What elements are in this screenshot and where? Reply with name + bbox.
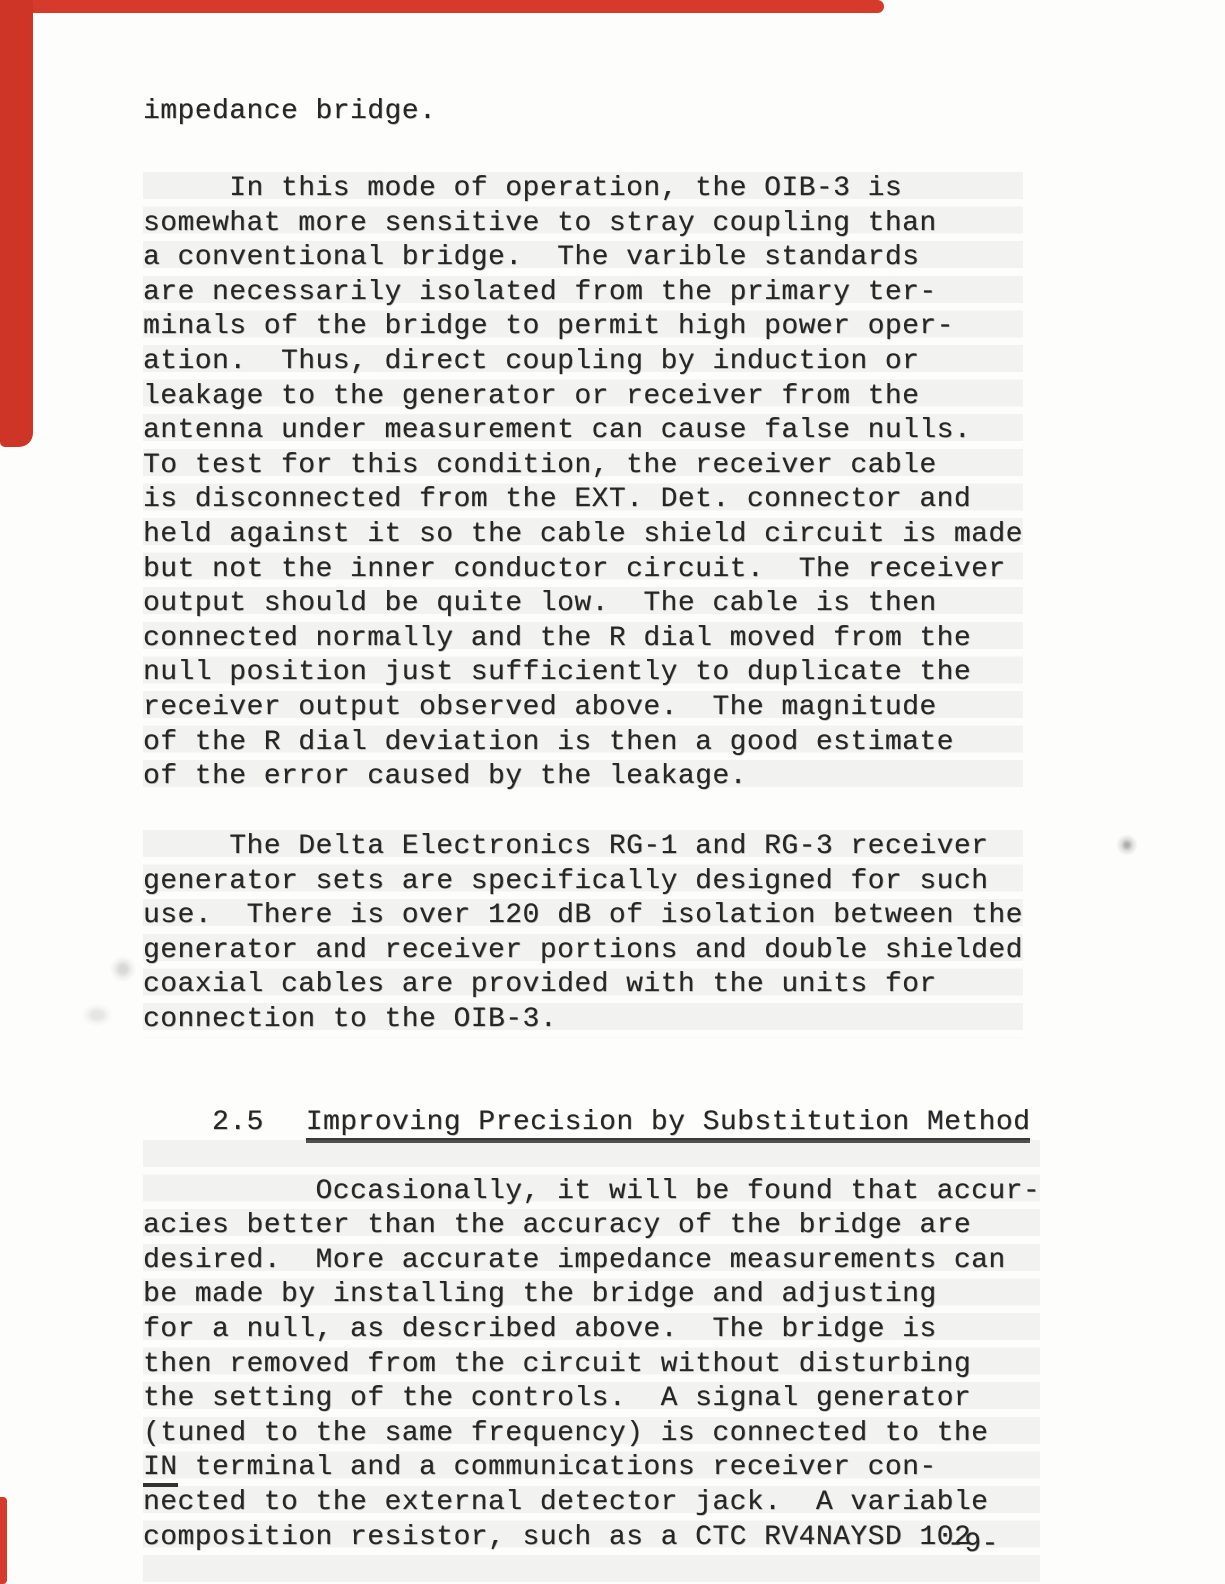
- section-title-underlined: Improving Precision by Substitution Meth…: [306, 1107, 1031, 1143]
- red-left-edge-artifact: [0, 0, 33, 447]
- paragraph-3-text-after: terminal and a communications receiver c…: [143, 1452, 988, 1552]
- page-number: -9-: [947, 1528, 999, 1563]
- paragraph-3-text-before: Occasionally, it will be found that accu…: [143, 1176, 1040, 1449]
- paragraph-delta-electronics: The Delta Electronics RG-1 and RG-3 rece…: [143, 830, 1023, 1038]
- red-top-edge-artifact: [0, 0, 884, 13]
- intro-continuation-line: impedance bridge.: [143, 95, 436, 130]
- paragraph-substitution-method: Occasionally, it will be found that accu…: [143, 1140, 1040, 1584]
- scan-smudge-left-2: [82, 1004, 112, 1026]
- underlined-word-in: IN: [143, 1452, 178, 1487]
- section-number: 2.5: [212, 1107, 264, 1138]
- scanned-document-page: impedance bridge. In this mode of operat…: [0, 0, 1225, 1584]
- paragraph-operation-mode: In this mode of operation, the OIB-3 is …: [143, 172, 1023, 795]
- scan-smudge-left-1: [110, 956, 136, 982]
- scan-smudge-right: [1116, 834, 1138, 856]
- red-bottom-left-artifact: [0, 1497, 7, 1584]
